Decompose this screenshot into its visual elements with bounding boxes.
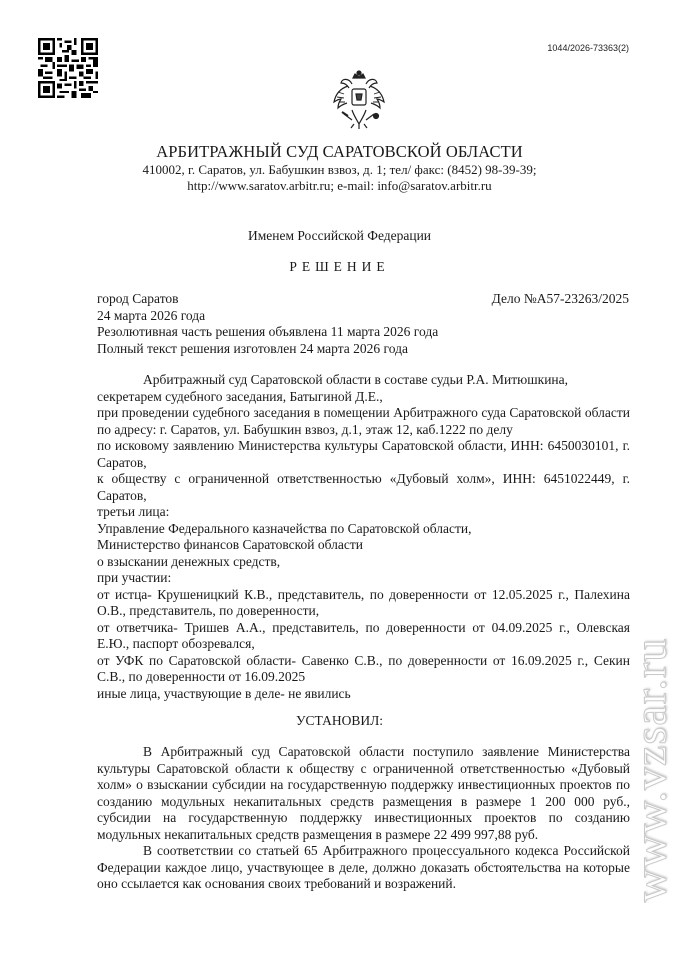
court-address: 410002, г. Саратов, ул. Бабушкин взвоз, …: [0, 162, 679, 178]
paragraph: от ответчика- Тришев А.А., представитель…: [97, 620, 630, 653]
watermark: www.vzsar.ru: [628, 590, 672, 950]
paragraph: иные лица, участвующие в деле- не явилис…: [97, 686, 630, 703]
paragraph: о взыскании денежных средств,: [97, 554, 630, 571]
paragraph: секретарем судебного заседания, Батыгино…: [97, 389, 630, 406]
case-number: Дело №А57-23263/2025: [492, 291, 629, 307]
paragraph: В соответствии со статьей 65 Арбитражног…: [97, 843, 630, 893]
full-text-date: Полный текст решения изготовлен 24 марта…: [97, 341, 438, 358]
paragraph: при проведении судебного заседания в пом…: [97, 405, 630, 438]
established-section: В Арбитражный суд Саратовской области по…: [97, 744, 630, 893]
paragraph: Арбитражный суд Саратовской области в со…: [97, 372, 630, 389]
decision-title: РЕШЕНИЕ: [0, 259, 679, 275]
paragraph: В Арбитражный суд Саратовской области по…: [97, 744, 630, 843]
court-title: АРБИТРАЖНЫЙ СУД САРАТОВСКОЙ ОБЛАСТИ: [0, 142, 679, 162]
decision-date: 24 марта 2026 года: [97, 308, 438, 325]
city: город Саратов: [97, 291, 438, 308]
paragraph: Министерство финансов Саратовской област…: [97, 537, 630, 554]
paragraph: от истца- Крушеницкий К.В., представител…: [97, 587, 630, 620]
in-the-name-heading: Именем Российской Федерации: [0, 228, 679, 244]
decision-meta: город Саратов 24 марта 2026 года Резолют…: [97, 291, 438, 357]
paragraph: Управление Федерального казначейства по …: [97, 521, 630, 538]
intro-section: Арбитражный суд Саратовской области в со…: [97, 372, 630, 702]
qr-code-icon: [38, 38, 98, 98]
watermark-text: www.vzsar.ru: [624, 638, 677, 903]
resolution-announced: Резолютивная часть решения объявлена 11 …: [97, 324, 438, 341]
document-number: 1044/2026-73363(2): [547, 43, 629, 53]
court-contacts: http://www.saratov.arbitr.ru; e-mail: in…: [0, 178, 679, 194]
paragraph: от УФК по Саратовской области- Савенко С…: [97, 653, 630, 686]
paragraph: к обществу с ограниченной ответственност…: [97, 471, 630, 504]
paragraph: по исковому заявлению Министерства культ…: [97, 438, 630, 471]
paragraph: третьи лица:: [97, 504, 630, 521]
paragraph: при участии:: [97, 570, 630, 587]
established-heading: УСТАНОВИЛ:: [0, 713, 679, 729]
coat-of-arms-icon: [332, 70, 386, 130]
